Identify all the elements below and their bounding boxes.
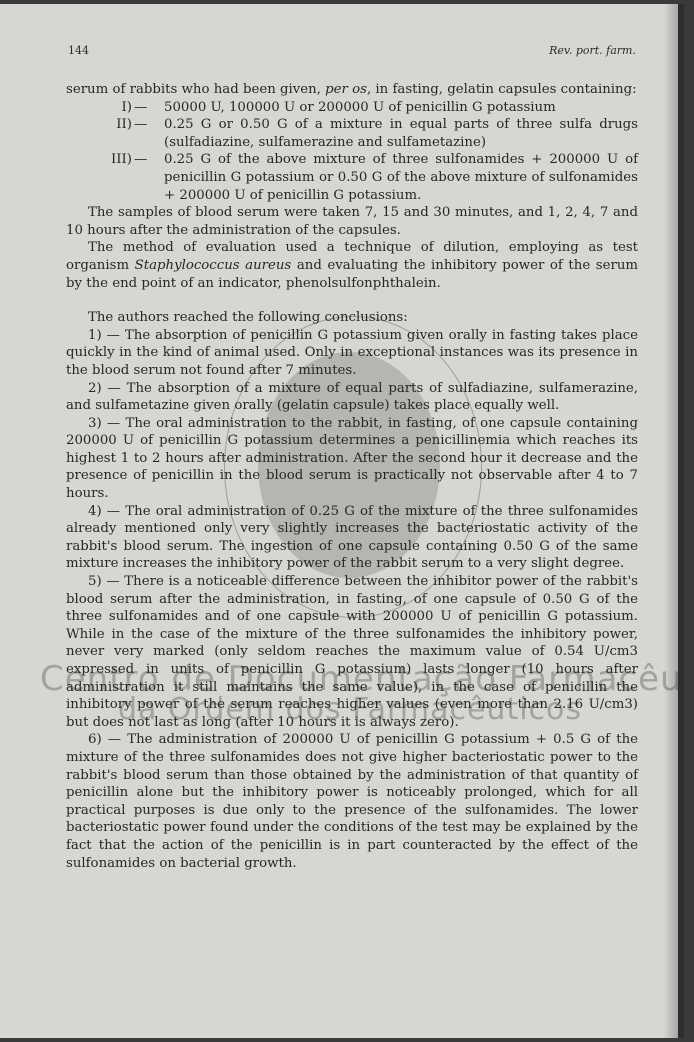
method-paragraph: The method of evaluation used a techniqu… — [66, 239, 638, 292]
capsule-number: II) — [66, 116, 132, 134]
conclusion-1: 1) — The absorption of penicillin G pota… — [66, 327, 638, 380]
conclusion-3: 3) — The oral administration to the rabb… — [66, 415, 638, 503]
capsule-item: I)—50000 U, 100000 U or 200000 U of peni… — [66, 99, 638, 117]
capsule-list: I)—50000 U, 100000 U or 200000 U of peni… — [66, 99, 638, 205]
capsule-text: 50000 U, 100000 U or 200000 U of penicil… — [164, 100, 556, 115]
samples-paragraph: The samples of blood serum were taken 7,… — [66, 204, 638, 239]
conclusion-4: 4) — The oral administration of 0.25 G o… — [66, 503, 638, 573]
dash: — — [134, 116, 147, 134]
conclusion-6: 6) — The administration of 200000 U of p… — [66, 731, 638, 872]
page-edge-shadow — [664, 4, 678, 1038]
capsule-item: II)—0.25 G or 0.50 G of a mixture in equ… — [66, 116, 638, 151]
capsule-number: III) — [66, 151, 132, 169]
conclusion-5: 5) — There is a noticeable difference be… — [66, 573, 638, 731]
capsule-text: 0.25 G or 0.50 G of a mixture in equal p… — [164, 117, 638, 150]
dash: — — [134, 99, 147, 117]
intro-text: serum of rabbits who had been given, — [66, 82, 325, 97]
conclusions-intro: The authors reached the following conclu… — [66, 309, 638, 327]
intro-text-end: , in fasting, gelatin capsules containin… — [367, 82, 637, 97]
dash: — — [134, 151, 147, 169]
spacer — [66, 292, 638, 309]
intro-italic: per os — [325, 82, 367, 97]
conclusion-2: 2) — The absorption of a mixture of equa… — [66, 380, 638, 415]
journal-title: Rev. port. farm. — [549, 44, 636, 57]
scanned-page: Centro de Documentação Farmacêutica da O… — [0, 4, 684, 1038]
intro-paragraph: serum of rabbits who had been given, per… — [66, 81, 638, 99]
organism-name: Staphylococcus aureus — [135, 258, 292, 273]
page-number: 144 — [68, 44, 89, 57]
body-text: serum of rabbits who had been given, per… — [66, 81, 638, 872]
capsule-item: III)—0.25 G of the above mixture of thre… — [66, 151, 638, 204]
capsule-text: 0.25 G of the above mixture of three sul… — [164, 152, 638, 202]
capsule-number: I) — [66, 99, 132, 117]
